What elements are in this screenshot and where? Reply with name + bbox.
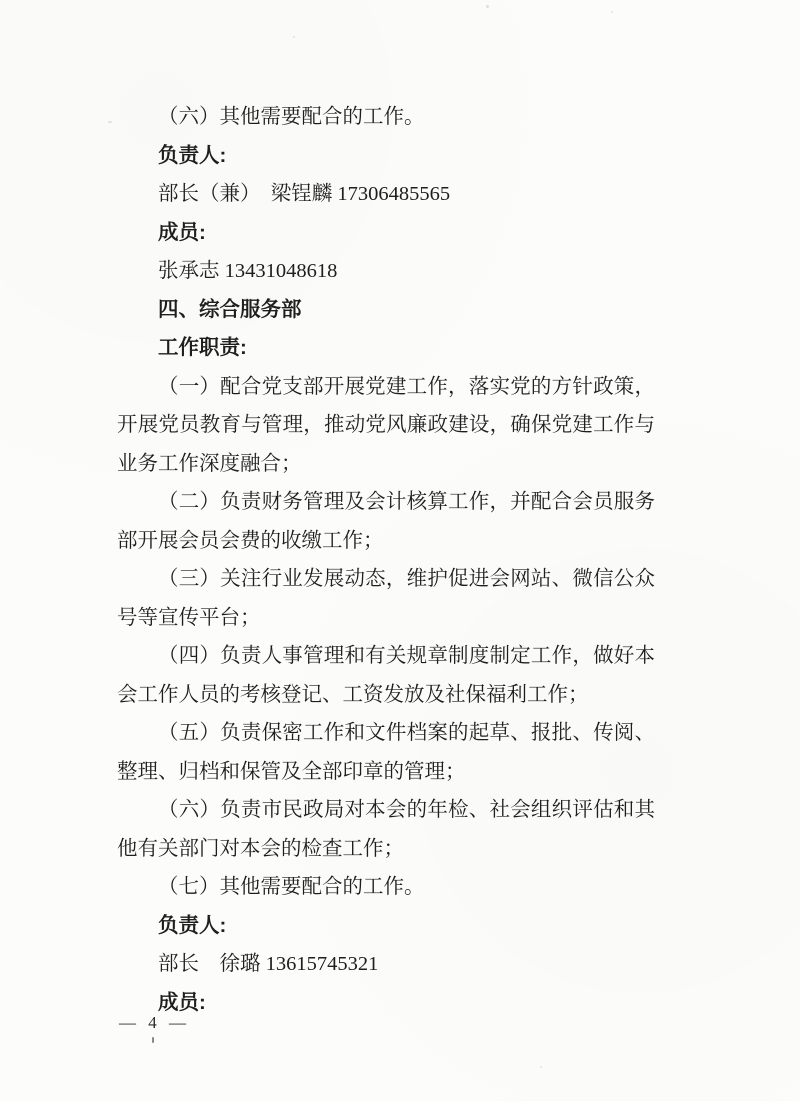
duty-3-line-1: （三）关注行业发展动态，维护促进会网站、微信公众 <box>117 560 655 599</box>
staff-line-minister: 部长（兼） 梁锃麟 17306485565 <box>117 175 655 214</box>
heading-members-2: 成员: <box>117 984 655 1023</box>
heading-person-in-charge-2: 负责人: <box>117 907 655 946</box>
staff-line-minister-2: 部长 徐璐 13615745321 <box>117 945 655 984</box>
duty-4-line-1: （四）负责人事管理和有关规章制度制定工作，做好本 <box>117 637 655 676</box>
duty-5-line-1: （五）负责保密工作和文件档案的起草、报批、传阅、 <box>117 714 655 753</box>
duty-2-line-1: （二）负责财务管理及会计核算工作，并配合会员服务 <box>117 483 655 522</box>
document-body: （六）其他需要配合的工作。 负责人: 部长（兼） 梁锃麟 17306485565… <box>117 98 655 1022</box>
duty-6-line-1: （六）负责市民政局对本会的年检、社会组织评估和其 <box>117 791 655 830</box>
duty-1-line-3: 业务工作深度融合； <box>117 445 655 484</box>
member-line: 张承志 13431048618 <box>117 252 655 291</box>
duty-4-line-2: 会工作人员的考核登记、工资发放及社保福利工作； <box>117 676 655 715</box>
section-title-dept-4: 四、综合服务部 <box>117 291 655 330</box>
list-item-6-prev-section: （六）其他需要配合的工作。 <box>117 98 655 137</box>
duty-5-line-2: 整理、归档和保管及全部印章的管理； <box>117 753 655 792</box>
duty-7-line: （七）其他需要配合的工作。 <box>117 868 655 907</box>
duty-1-line-1: （一）配合党支部开展党建工作，落实党的方针政策， <box>117 368 655 407</box>
duty-2-line-2: 部开展会员会费的收缴工作； <box>117 522 655 561</box>
page-number: — 4 — <box>119 1013 190 1033</box>
heading-members: 成员: <box>117 214 655 253</box>
heading-duties: 工作职责: <box>117 329 655 368</box>
duty-3-line-2: 号等宣传平台； <box>117 599 655 638</box>
duty-1-line-2: 开展党员教育与管理，推动党风廉政建设，确保党建工作与 <box>117 406 655 445</box>
duty-6-line-2: 他有关部门对本会的检查工作； <box>117 830 655 869</box>
heading-person-in-charge: 负责人: <box>117 137 655 176</box>
